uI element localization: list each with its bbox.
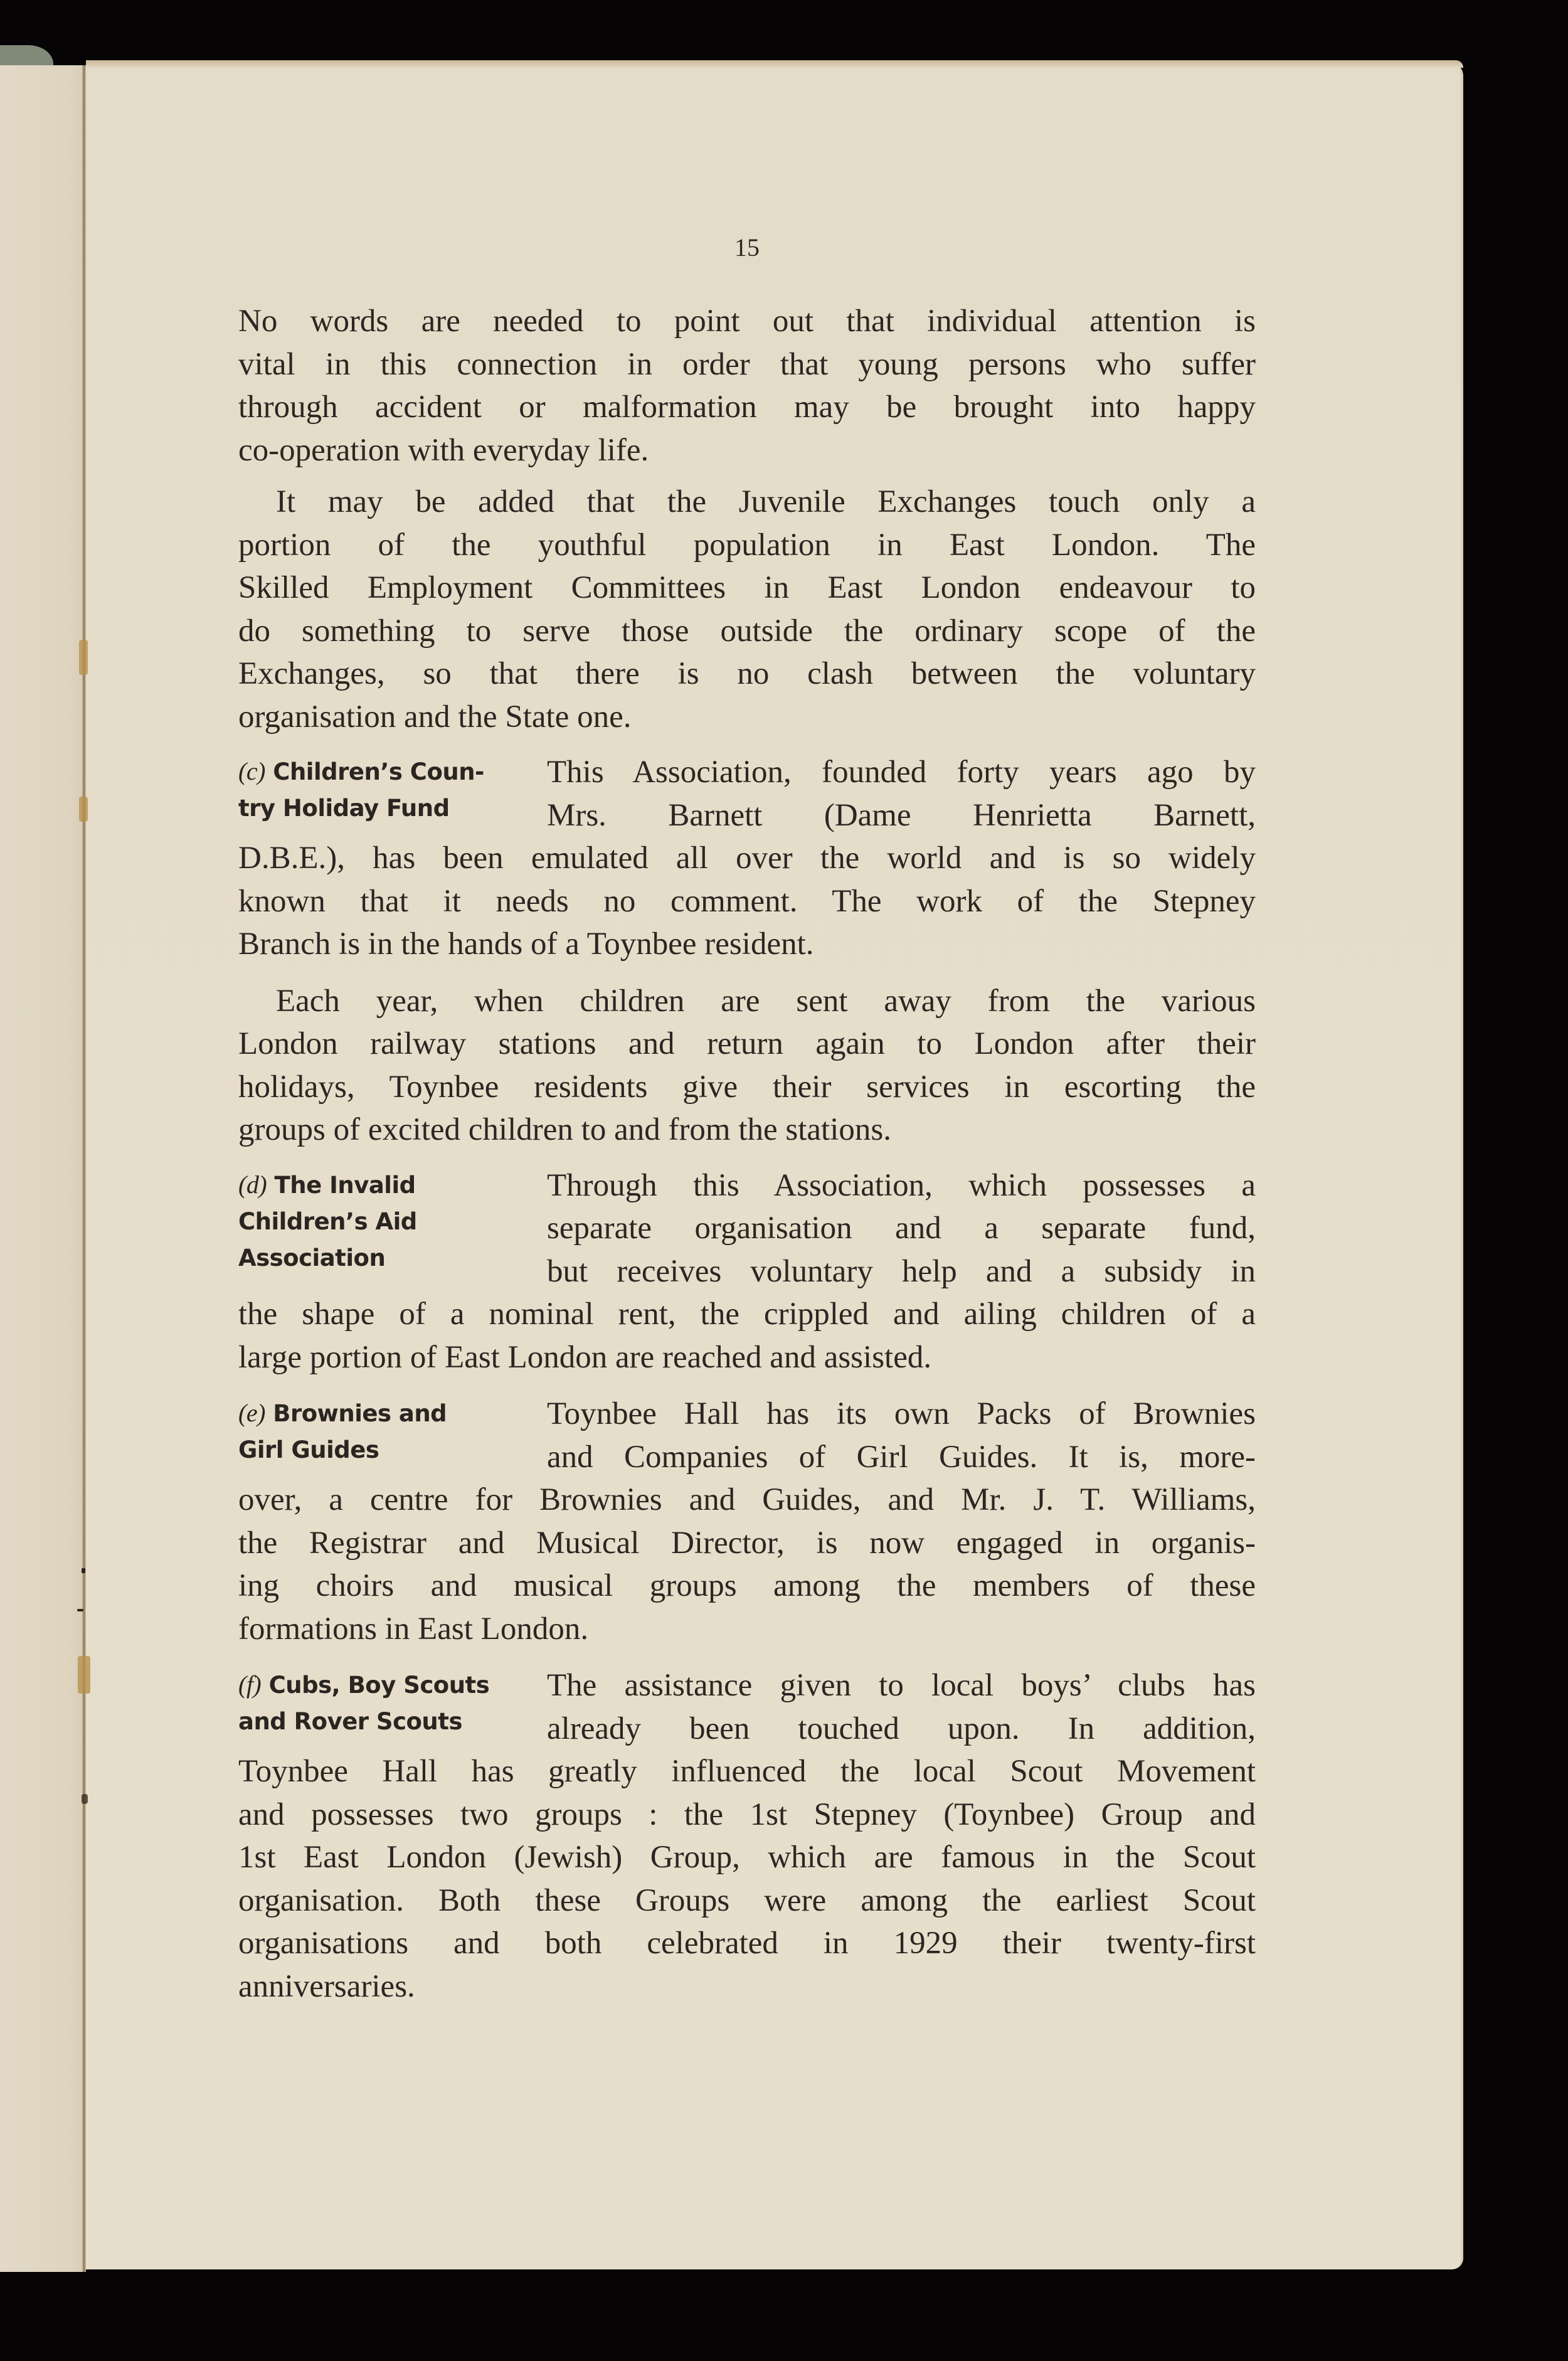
section-letter: (f) <box>238 1670 261 1699</box>
binding-stitch-stain <box>82 1794 88 1804</box>
text-line: do something to serve those outside the … <box>238 610 1256 653</box>
page-top-edge <box>86 60 1463 68</box>
section-childrens-country-holiday-fund: (c) Children’s Coun- try Holiday Fund Th… <box>238 751 1256 966</box>
side-heading-line: Children’s Aid <box>238 1204 539 1240</box>
text-line: D.B.E.), has been emulated all over the … <box>238 837 1256 880</box>
text-line: organisation. Both these Groups were amo… <box>238 1879 1256 1923</box>
text-line: Through this Association, which possesse… <box>547 1164 1256 1207</box>
text-line: This Association, founded forty years ag… <box>547 751 1256 794</box>
text-line: ing choirs and musical groups among the … <box>238 1564 1256 1608</box>
text-line: Branch is in the hands of a Toynbee resi… <box>238 923 1256 966</box>
text-line: formations in East London. <box>238 1608 1256 1651</box>
text-line: the shape of a nominal rent, the cripple… <box>238 1293 1256 1336</box>
side-heading: (c) Children’s Coun- try Holiday Fund <box>238 753 539 827</box>
text-line: It may be added that the Juvenile Exchan… <box>238 480 1256 524</box>
text-line: over, a centre for Brownies and Guides, … <box>238 1478 1256 1522</box>
text-line: the Registrar and Musical Director, is n… <box>238 1522 1256 1565</box>
section-letter: (e) <box>238 1399 265 1427</box>
left-page-edge <box>0 65 85 2272</box>
text-line: No words are needed to point out that in… <box>238 300 1256 343</box>
section-letter: (d) <box>238 1170 267 1199</box>
text-line: and Companies of Girl Guides. It is, mor… <box>547 1436 1256 1479</box>
section-cubs-scouts: (f) Cubs, Boy Scouts and Rover Scouts Th… <box>238 1664 1256 2008</box>
paragraph-each-year: Each year, when children are sent away f… <box>238 980 1256 1152</box>
binding-stitch-stain <box>78 1656 90 1694</box>
text-line: large portion of East London are reached… <box>238 1336 1256 1379</box>
section-letter: (c) <box>238 757 265 785</box>
book-spine <box>82 65 86 2272</box>
side-heading: (e) Brownies and Girl Guides <box>238 1395 539 1468</box>
binding-stitch-stain <box>79 797 88 822</box>
paragraph-juvenile-exchanges: It may be added that the Juvenile Exchan… <box>238 480 1256 738</box>
side-heading-line: try Holiday Fund <box>238 790 539 827</box>
text-line: 1st East London (Jewish) Group, which ar… <box>238 1836 1256 1879</box>
text-line: Exchanges, so that there is no clash bet… <box>238 652 1256 696</box>
text-line: Skilled Employment Committees in East Lo… <box>238 566 1256 610</box>
text-line: groups of excited children to and from t… <box>238 1108 1256 1152</box>
text-line: The assistance given to local boys’ club… <box>547 1664 1256 1707</box>
side-heading-line: Association <box>238 1240 539 1276</box>
text-line: vital in this connection in order that y… <box>238 343 1256 386</box>
text-line: holidays, Toynbee residents give their s… <box>238 1066 1256 1109</box>
text-line: portion of the youthful population in Ea… <box>238 524 1256 567</box>
paragraph-individual-attention: No words are needed to point out that in… <box>238 300 1256 472</box>
text-line: organisations and both celebrated in 192… <box>238 1922 1256 1965</box>
text-line: through accident or malformation may be … <box>238 386 1256 429</box>
text-line: already been touched upon. In addition, <box>547 1707 1256 1751</box>
side-heading: (f) Cubs, Boy Scouts and Rover Scouts <box>238 1667 539 1740</box>
page-content: 15 No words are needed to point out that… <box>238 232 1256 2022</box>
text-line: London railway stations and return again… <box>238 1022 1256 1066</box>
section-brownies-girl-guides: (e) Brownies and Girl Guides Toynbee Hal… <box>238 1393 1256 1650</box>
side-heading-line: Cubs, Boy Scouts <box>269 1672 490 1699</box>
text-line: and possesses two groups : the 1st Stepn… <box>238 1793 1256 1837</box>
text-line: organisation and the State one. <box>238 696 1256 739</box>
text-line: anniversaries. <box>238 1965 1256 2008</box>
side-heading-line: Brownies and <box>273 1400 447 1427</box>
page-number: 15 <box>238 232 1256 263</box>
text-line: known that it needs no comment. The work… <box>238 880 1256 923</box>
text-line: Each year, when children are sent away f… <box>238 980 1256 1023</box>
ink-mark <box>82 1568 85 1573</box>
side-heading: (d) The Invalid Children’s Aid Associati… <box>238 1167 539 1276</box>
side-heading-line: The Invalid <box>275 1172 416 1199</box>
binding-stitch-stain <box>79 640 88 675</box>
text-line: Mrs. Barnett (Dame Henrietta Barnett, <box>547 794 1256 837</box>
text-line: separate organisation and a separate fun… <box>547 1207 1256 1250</box>
section-invalid-childrens-aid: (d) The Invalid Children’s Aid Associati… <box>238 1164 1256 1379</box>
side-heading-line: Girl Guides <box>238 1432 539 1468</box>
text-line: Toynbee Hall has its own Packs of Browni… <box>547 1393 1256 1436</box>
text-line: but receives voluntary help and a subsid… <box>547 1250 1256 1293</box>
text-line: co-operation with everyday life. <box>238 429 1256 472</box>
side-heading-line: and Rover Scouts <box>238 1704 539 1740</box>
text-line: Toynbee Hall has greatly influenced the … <box>238 1750 1256 1793</box>
side-heading-line: Children’s Coun- <box>273 758 484 785</box>
ink-mark <box>77 1609 83 1611</box>
